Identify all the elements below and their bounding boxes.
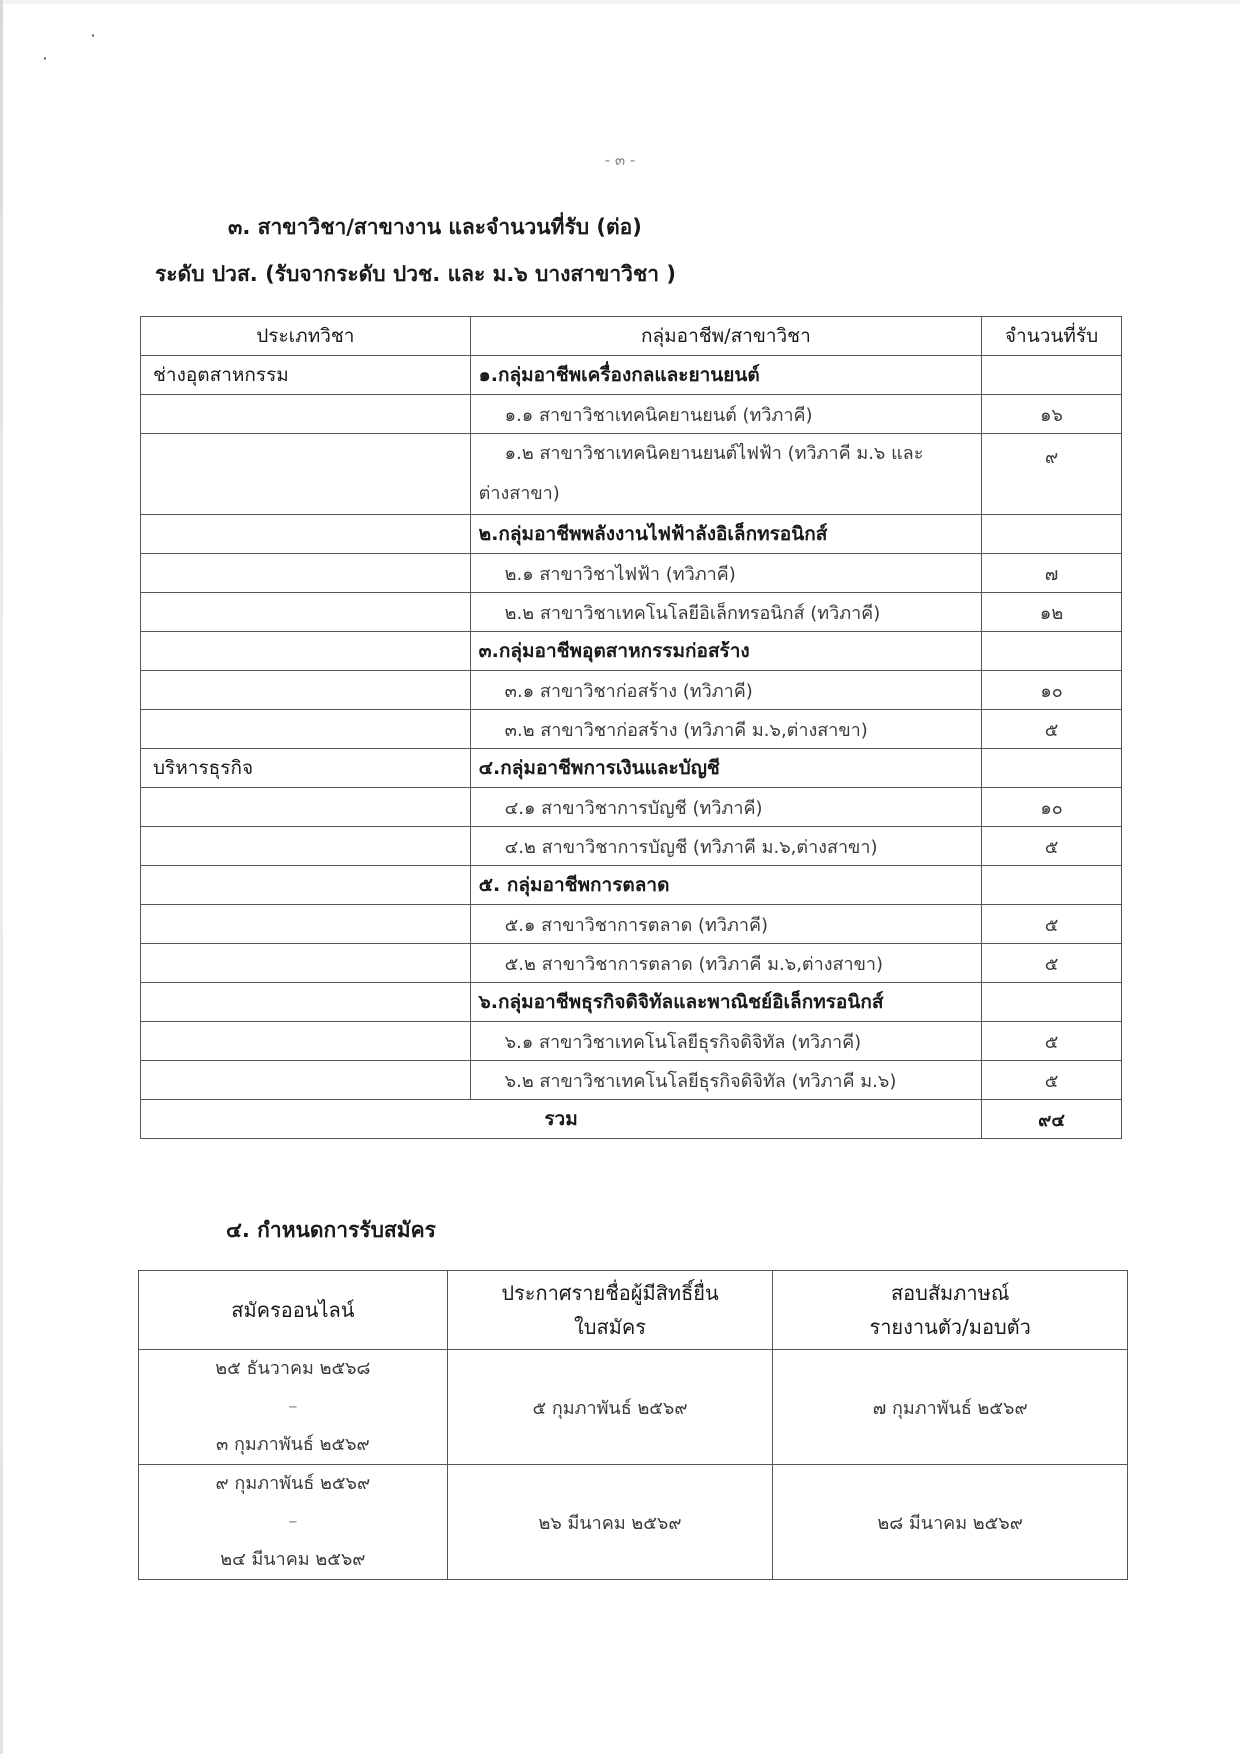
apply-period-cell: ๙ กุมภาพันธ์ ๒๕๖๙ – ๒๔ มีนาคม ๒๕๖๙ (139, 1465, 448, 1580)
page-number: - ๓ - (0, 148, 1240, 172)
program-label: ๔.๑ สาขาวิชาการบัญชี (ทวิภาคี) (470, 788, 981, 827)
program-label: ๒.๒ สาขาวิชาเทคโนโลยีอิเล็กทรอนิกส์ (ทวิ… (470, 593, 981, 632)
group-label: ๖.กลุ่มอาชีพธุรกิจดิจิทัลและพาณิชย์อิเล็… (470, 983, 981, 1022)
seat-count (982, 515, 1122, 554)
seat-count (982, 749, 1122, 788)
program-row: ๓.๒ สาขาวิชาก่อสร้าง (ทวิภาคี ม.๖,ต่างสา… (141, 710, 1122, 749)
program-label: ๒.๑ สาขาวิชาไฟฟ้า (ทวิภาคี) (470, 554, 981, 593)
seat-count: ๕ (982, 1022, 1122, 1061)
program-label-line1: ๑.๒ สาขาวิชาเทคนิคยานยนต์ไฟฟ้า (ทวิภาคี … (505, 443, 924, 464)
seat-count: ๑๖ (982, 395, 1122, 434)
category-cell (141, 710, 471, 749)
category-cell (141, 434, 471, 515)
program-row: ๒.๒ สาขาวิชาเทคโนโลยีอิเล็กทรอนิกส์ (ทวิ… (141, 593, 1122, 632)
group-label: ๔.กลุ่มอาชีพการเงินและบัญชี (470, 749, 981, 788)
program-label: ๕.๑ สาขาวิชาการตลาด (ทวิภาคี) (470, 905, 981, 944)
seat-count (982, 356, 1122, 395)
group-label: ๕. กลุ่มอาชีพการตลาด (470, 866, 981, 905)
category-cell: ช่างอุตสาหกรรม (141, 356, 471, 395)
category-cell (141, 983, 471, 1022)
category-cell (141, 395, 471, 434)
section4-heading: ๔. กำหนดการรับสมัคร (226, 1214, 436, 1247)
program-row: ๒.๑ สาขาวิชาไฟฟ้า (ทวิภาคี)๗ (141, 554, 1122, 593)
category-cell (141, 1061, 471, 1100)
programs-table-header: ประเภทวิชา กลุ่มอาชีพ/สาขาวิชา จำนวนที่ร… (141, 317, 1122, 356)
header-line: รายงานตัว/มอบตัว (869, 1315, 1030, 1339)
section3-heading: ๓. สาขาวิชา/สาขางาน และจำนวนที่รับ (ต่อ) (228, 211, 642, 244)
seat-count (982, 632, 1122, 671)
program-row: ๕.๑ สาขาวิชาการตลาด (ทวิภาคี)๕ (141, 905, 1122, 944)
apply-end: ๒๔ มีนาคม ๒๕๖๙ (139, 1541, 447, 1579)
category-cell (141, 827, 471, 866)
group-row: ๖.กลุ่มอาชีพธุรกิจดิจิทัลและพาณิชย์อิเล็… (141, 983, 1122, 1022)
schedule-row: ๒๕ ธันวาคม ๒๕๖๘ – ๓ กุมภาพันธ์ ๒๕๖๙ ๕ กุ… (139, 1350, 1128, 1465)
category-cell (141, 632, 471, 671)
schedule-table-header: สมัครออนไลน์ ประกาศรายชื่อผู้มีสิทธิ์ยื่… (139, 1271, 1128, 1350)
category-cell (141, 1022, 471, 1061)
category-cell (141, 866, 471, 905)
program-label: ๔.๒ สาขาวิชาการบัญชี (ทวิภาคี ม.๖,ต่างสา… (470, 827, 981, 866)
program-label: ๖.๒ สาขาวิชาเทคโนโลยีธุรกิจดิจิทัล (ทวิภ… (470, 1061, 981, 1100)
total-label: รวม (141, 1100, 982, 1139)
program-label: ๓.๑ สาขาวิชาก่อสร้าง (ทวิภาคี) (470, 671, 981, 710)
seat-count: ๑๐ (982, 671, 1122, 710)
seat-count: ๕ (982, 710, 1122, 749)
interview-date-cell: ๗ กุมภาพันธ์ ๒๕๖๙ (773, 1350, 1128, 1465)
group-label: ๓.กลุ่มอาชีพอุตสาหกรรมก่อสร้าง (470, 632, 981, 671)
apply-end: ๓ กุมภาพันธ์ ๒๕๖๙ (139, 1426, 447, 1464)
column-header-announce: ประกาศรายชื่อผู้มีสิทธิ์ยื่น ใบสมัคร (447, 1271, 773, 1350)
program-row: ๓.๑ สาขาวิชาก่อสร้าง (ทวิภาคี)๑๐ (141, 671, 1122, 710)
header-line: สมัครออนไลน์ (231, 1298, 354, 1322)
column-header-count: จำนวนที่รับ (982, 317, 1122, 356)
group-label: ๒.กลุ่มอาชีพพลังงานไฟฟ้าลังอิเล็กทรอนิกส… (470, 515, 981, 554)
column-header-apply-online: สมัครออนไลน์ (139, 1271, 448, 1350)
column-header-interview: สอบสัมภาษณ์ รายงานตัว/มอบตัว (773, 1271, 1128, 1350)
column-header-program: กลุ่มอาชีพ/สาขาวิชา (470, 317, 981, 356)
program-label: ๖.๑ สาขาวิชาเทคโนโลยีธุรกิจดิจิทัล (ทวิภ… (470, 1022, 981, 1061)
group-row: ๒.กลุ่มอาชีพพลังงานไฟฟ้าลังอิเล็กทรอนิกส… (141, 515, 1122, 554)
group-row: ๕. กลุ่มอาชีพการตลาด (141, 866, 1122, 905)
scan-edge-top (0, 0, 1240, 4)
header-line: สอบสัมภาษณ์ (891, 1281, 1009, 1305)
total-row: รวม ๙๔ (141, 1100, 1122, 1139)
apply-start: ๒๕ ธันวาคม ๒๕๖๘ (139, 1350, 447, 1388)
category-cell (141, 944, 471, 983)
header-line: ประกาศรายชื่อผู้มีสิทธิ์ยื่น (501, 1281, 718, 1305)
range-separator: – (139, 1503, 447, 1541)
category-cell (141, 905, 471, 944)
category-cell (141, 671, 471, 710)
group-row: ๓.กลุ่มอาชีพอุตสาหกรรมก่อสร้าง (141, 632, 1122, 671)
group-row: บริหารธุรกิจ๔.กลุ่มอาชีพการเงินและบัญชี (141, 749, 1122, 788)
seat-count (982, 983, 1122, 1022)
scan-edge-left (0, 0, 3, 1754)
program-label: ๕.๒ สาขาวิชาการตลาด (ทวิภาคี ม.๖,ต่างสาข… (470, 944, 981, 983)
seat-count: ๕ (982, 827, 1122, 866)
group-row: ช่างอุตสาหกรรม๑.กลุ่มอาชีพเครื่องกลและยา… (141, 356, 1122, 395)
range-separator: – (139, 1388, 447, 1426)
scan-speck (92, 34, 94, 37)
seat-count: ๕ (982, 905, 1122, 944)
program-row: ๖.๒ สาขาวิชาเทคโนโลยีธุรกิจดิจิทัล (ทวิภ… (141, 1061, 1122, 1100)
program-label: ๑.๒ สาขาวิชาเทคนิคยานยนต์ไฟฟ้า (ทวิภาคี … (470, 434, 981, 515)
program-row: ๕.๒ สาขาวิชาการตลาด (ทวิภาคี ม.๖,ต่างสาข… (141, 944, 1122, 983)
program-row: ๔.๒ สาขาวิชาการบัญชี (ทวิภาคี ม.๖,ต่างสา… (141, 827, 1122, 866)
seat-count: ๗ (982, 554, 1122, 593)
announce-date-cell: ๕ กุมภาพันธ์ ๒๕๖๙ (447, 1350, 773, 1465)
seat-count: ๑๐ (982, 788, 1122, 827)
category-cell (141, 788, 471, 827)
seat-count (982, 866, 1122, 905)
programs-table: ประเภทวิชา กลุ่มอาชีพ/สาขาวิชา จำนวนที่ร… (140, 316, 1122, 1139)
program-row: ๑.๒ สาขาวิชาเทคนิคยานยนต์ไฟฟ้า (ทวิภาคี … (141, 434, 1122, 515)
schedule-table: สมัครออนไลน์ ประกาศรายชื่อผู้มีสิทธิ์ยื่… (138, 1270, 1128, 1580)
program-row: ๔.๑ สาขาวิชาการบัญชี (ทวิภาคี)๑๐ (141, 788, 1122, 827)
program-row: ๑.๑ สาขาวิชาเทคนิคยานยนต์ (ทวิภาคี)๑๖ (141, 395, 1122, 434)
program-label: ๑.๑ สาขาวิชาเทคนิคยานยนต์ (ทวิภาคี) (470, 395, 981, 434)
category-cell (141, 554, 471, 593)
schedule-row: ๙ กุมภาพันธ์ ๒๕๖๙ – ๒๔ มีนาคม ๒๕๖๙ ๒๖ มี… (139, 1465, 1128, 1580)
apply-start: ๙ กุมภาพันธ์ ๒๕๖๙ (139, 1465, 447, 1503)
header-line: ใบสมัคร (574, 1315, 646, 1339)
group-label: ๑.กลุ่มอาชีพเครื่องกลและยานยนต์ (470, 356, 981, 395)
column-header-category: ประเภทวิชา (141, 317, 471, 356)
seat-count: ๕ (982, 1061, 1122, 1100)
program-row: ๖.๑ สาขาวิชาเทคโนโลยีธุรกิจดิจิทัล (ทวิภ… (141, 1022, 1122, 1061)
category-cell (141, 515, 471, 554)
seat-count: ๑๒ (982, 593, 1122, 632)
apply-period-cell: ๒๕ ธันวาคม ๒๕๖๘ – ๓ กุมภาพันธ์ ๒๕๖๙ (139, 1350, 448, 1465)
program-label-line2: ต่างสาขา) (479, 474, 981, 514)
interview-date-cell: ๒๘ มีนาคม ๒๕๖๙ (773, 1465, 1128, 1580)
category-cell: บริหารธุรกิจ (141, 749, 471, 788)
seat-count: ๙ (982, 434, 1122, 515)
category-cell (141, 593, 471, 632)
level-heading: ระดับ ปวส. (รับจากระดับ ปวช. และ ม.๖ บาง… (155, 258, 676, 291)
seat-count: ๕ (982, 944, 1122, 983)
program-label: ๓.๒ สาขาวิชาก่อสร้าง (ทวิภาคี ม.๖,ต่างสา… (470, 710, 981, 749)
announce-date-cell: ๒๖ มีนาคม ๒๕๖๙ (447, 1465, 773, 1580)
total-value: ๙๔ (982, 1100, 1122, 1139)
scan-speck (44, 57, 46, 60)
